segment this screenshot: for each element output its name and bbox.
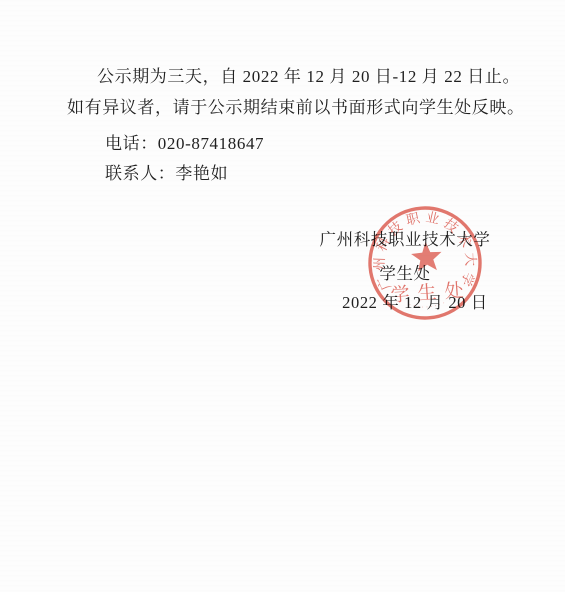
phone-line: 电话：020-87418647 bbox=[105, 133, 264, 155]
body-line-2: 如有异议者，请于公示期结束前以书面形式向学生处反映。 bbox=[67, 97, 525, 119]
body-line-1: 公示期为三天，自 2022 年 12 月 20 日-12 月 22 日止。 bbox=[97, 66, 520, 88]
contact-line: 联系人：李艳如 bbox=[105, 163, 228, 185]
official-seal-stamp: 广州科技职业技术大学 学生处 ········· bbox=[345, 183, 505, 343]
document-page: 公示期为三天，自 2022 年 12 月 20 日-12 月 22 日止。 如有… bbox=[0, 0, 565, 592]
seal-center-text: 学生处 bbox=[390, 279, 472, 307]
seal-star-icon bbox=[410, 241, 442, 272]
